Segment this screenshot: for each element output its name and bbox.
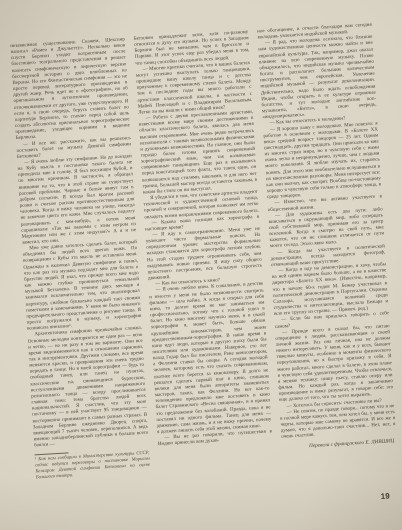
- paragraph: — Многие критики считали, что в ваших ба…: [135, 61, 252, 117]
- article-columns: независимое существование. Скажем, Шексп…: [10, 23, 397, 482]
- paragraph: — Когда я иду на демонстрацию, я хочу, ч…: [271, 262, 388, 318]
- magazine-page-scan: независимое существование. Скажем, Шексп…: [0, 0, 402, 530]
- column-1-text: независимое существование. Скажем, Шексп…: [10, 37, 149, 449]
- footnote: ¹ Как нам сообщили в Министерстве культу…: [35, 451, 151, 481]
- paragraph: — Я иду к самоограничению. Меня уже не у…: [145, 227, 262, 283]
- paragraph: Архитектоника симфонии чрезвычайно сложн…: [27, 326, 148, 450]
- paragraph: — Не совсем, по правде говоря... потому …: [280, 404, 396, 442]
- page-number: 19: [381, 491, 390, 501]
- paragraph: — Я рад, что молодежь осознала, что близ…: [258, 35, 377, 122]
- paragraph: независимое существование. Скажем, Шексп…: [10, 37, 130, 142]
- paragraph: — Работа с двумя прославленными артистам…: [138, 110, 257, 197]
- translator-credit: Перевела с французского Е. ЛИВШИЦ: [282, 438, 397, 451]
- column-2-text: Бетховен принадлежит всем, хотя по-разно…: [134, 30, 273, 449]
- column-3-text: ное обогащение, и отчасти благодаря вам …: [257, 23, 396, 442]
- paragraph: — Прежде всего я сказал бы, что питаю от…: [275, 324, 394, 405]
- paragraph: — Я хорошо лажу с молодежью. Мне повезло…: [263, 121, 382, 202]
- paragraph: Мне уже давно хотелось сделать балет, ко…: [22, 240, 142, 333]
- text-column-1: независимое существование. Скажем, Шексп…: [10, 37, 150, 481]
- page-content: независимое существование. Скажем, Шексп…: [10, 23, 400, 520]
- paragraph: — Я очень люблю кино. К сожалению, в дет…: [149, 282, 272, 436]
- paragraph: — Я очень люблю эту симфонию. Но до поез…: [17, 154, 137, 247]
- text-column-2: Бетховен принадлежит всем, хотя по-разно…: [134, 30, 274, 474]
